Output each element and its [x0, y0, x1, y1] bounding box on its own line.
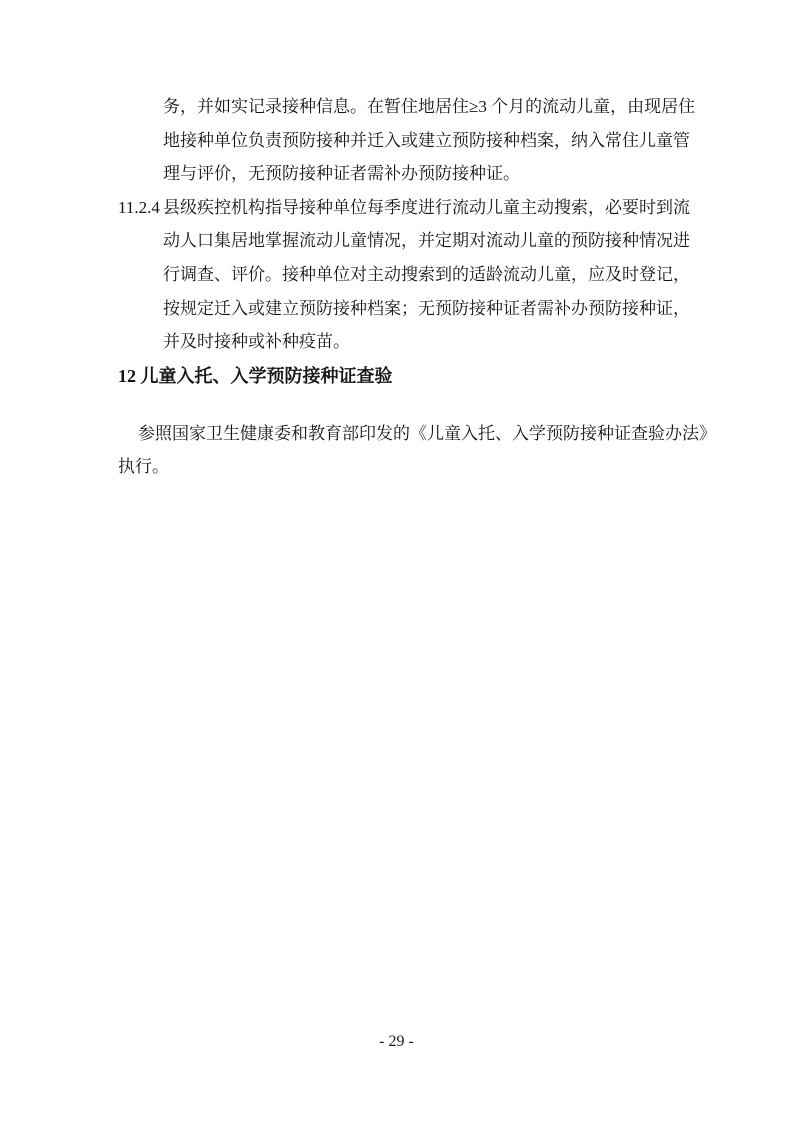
- document-page: 务，并如实记录接种信息。在暂住地居住≥3 个月的流动儿童，由现居住 地接种单位负…: [0, 0, 793, 1122]
- text-line: 行调查、评价。接种单位对主动搜索到的适龄流动儿童，应及时登记，: [163, 258, 678, 292]
- page-content: 务，并如实记录接种信息。在暂住地居住≥3 个月的流动儿童，由现居住 地接种单位负…: [118, 90, 678, 483]
- item-number: 11.2.4: [118, 191, 160, 225]
- text-line: 按规定迁入或建立预防接种档案；无预防接种证者需补办预防接种证，: [163, 292, 678, 326]
- text-line: 理与评价，无预防接种证者需补办预防接种证。: [163, 157, 678, 191]
- closing-paragraph: 参照国家卫生健康委和教育部印发的《儿童入托、入学预防接种证查验办法》 执行。: [118, 417, 678, 483]
- text-line: 动人口集居地掌握流动儿童情况，并定期对流动儿童的预防接种情况进: [163, 224, 678, 258]
- section-heading: 12 儿童入托、入学预防接种证查验: [118, 363, 678, 389]
- text-line: 执行。: [118, 450, 678, 483]
- text-line: 地接种单位负责预防接种并迁入或建立预防接种档案，纳入常住儿童管: [163, 124, 678, 158]
- page-number-footer: - 29 -: [0, 1033, 793, 1051]
- text-line: 并及时接种或补种疫苗。: [163, 325, 678, 359]
- text-line: 11.2.4县级疾控机构指导接种单位每季度进行流动儿童主动搜索，必要时到流: [163, 191, 678, 225]
- paragraph-11-2-3-continuation: 务，并如实记录接种信息。在暂住地居住≥3 个月的流动儿童，由现居住 地接种单位负…: [163, 90, 678, 191]
- text-segment: 县级疾控机构指导接种单位每季度进行流动儿童主动搜索，必要时到流: [163, 198, 690, 217]
- text-line: 务，并如实记录接种信息。在暂住地居住≥3 个月的流动儿童，由现居住: [163, 90, 678, 124]
- list-item-11-2-4: 11.2.4县级疾控机构指导接种单位每季度进行流动儿童主动搜索，必要时到流 动人…: [163, 191, 678, 359]
- text-line: 参照国家卫生健康委和教育部印发的《儿童入托、入学预防接种证查验办法》: [118, 417, 678, 450]
